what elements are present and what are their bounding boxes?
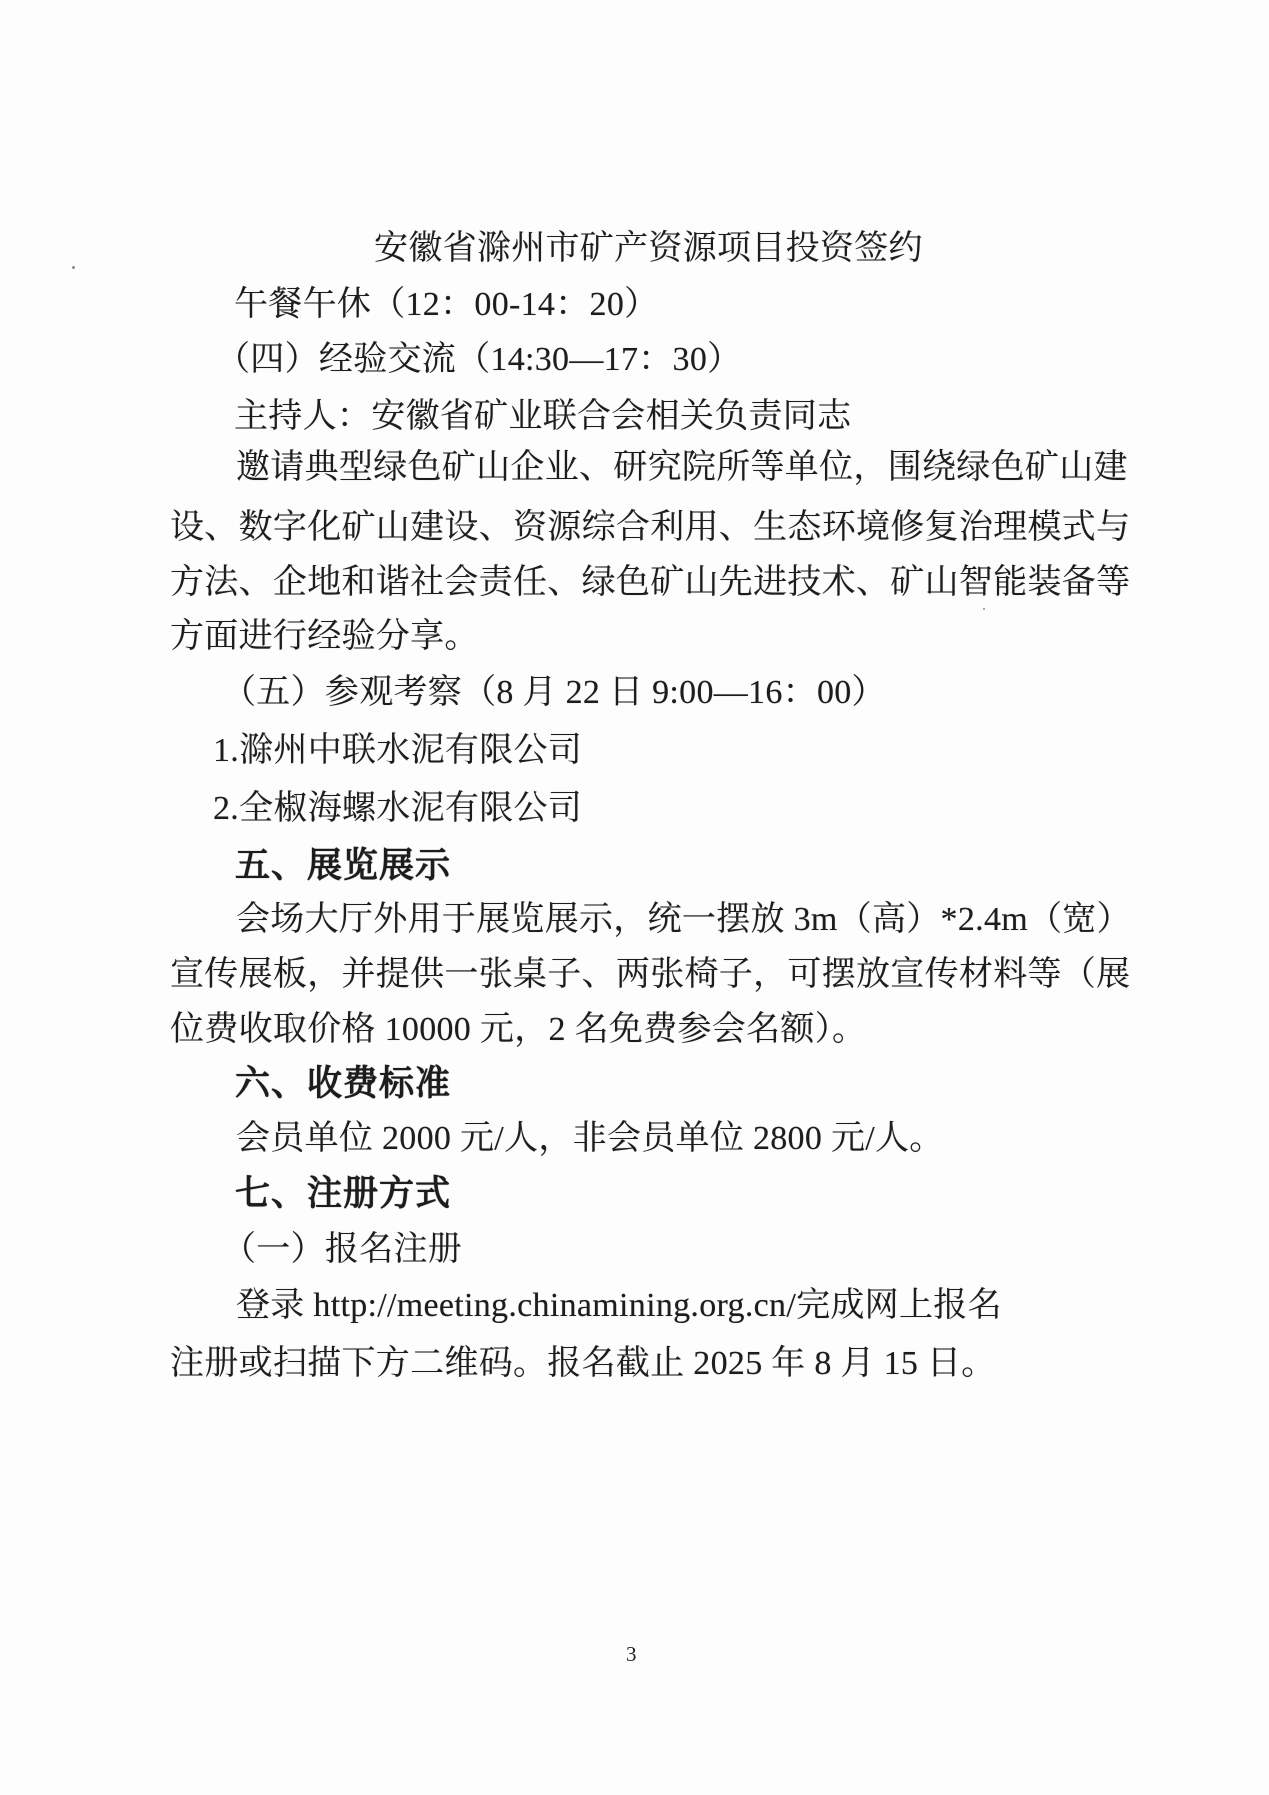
doc-line-section5-site-visit: （五）参观考察（8 月 22 日 9:00—16：00）	[222, 675, 886, 711]
scan-speck	[983, 608, 985, 610]
doc-line-list-item-2: 2.全椒海螺水泥有限公司	[213, 791, 582, 827]
doc-line-paragraph: 方法、企地和谐社会责任、绿色矿山先进技术、矿山智能装备等	[170, 565, 1130, 601]
document-page: 安徽省滁州市矿产资源项目投资签约 午餐午休（12：00-14：20） （四）经验…	[0, 0, 1269, 1795]
section-heading-exhibition: 五、展览展示	[235, 848, 451, 884]
scan-speck	[72, 266, 75, 269]
doc-title-line: 安徽省滁州市矿产资源项目投资签约	[374, 231, 923, 267]
doc-line-registration-url: 登录 http://meeting.chinamining.org.cn/完成网…	[236, 1288, 1002, 1324]
doc-line-paragraph: 设、数字化矿山建设、资源综合利用、生态环境修复治理模式与	[170, 510, 1130, 546]
doc-line-lunch-break: 午餐午休（12：00-14：20）	[234, 287, 658, 323]
doc-line-paragraph: 宣传展板，并提供一张桌子、两张椅子，可摆放宣传材料等（展	[170, 957, 1130, 993]
doc-line-paragraph: 位费收取价格 10000 元，2 名免费参会名额）。	[170, 1012, 866, 1048]
doc-line-list-item-1: 1.滁州中联水泥有限公司	[213, 733, 582, 769]
doc-line-host: 主持人：安徽省矿业联合会相关负责同志	[234, 399, 851, 435]
doc-line-section4-experience-exchange: （四）经验交流（14:30—17：30）	[216, 342, 741, 378]
doc-line-subsection-signup: （一）报名注册	[222, 1232, 462, 1268]
section-heading-registration: 七、注册方式	[235, 1176, 451, 1212]
doc-line-paragraph: 邀请典型绿色矿山企业、研究院所等单位，围绕绿色矿山建	[236, 450, 1128, 486]
doc-line-registration-deadline: 注册或扫描下方二维码。报名截止 2025 年 8 月 15 日。	[170, 1346, 996, 1382]
doc-line-fee-details: 会员单位 2000 元/人，非会员单位 2800 元/人。	[236, 1121, 944, 1157]
page-number: 3	[626, 1642, 637, 1666]
doc-line-paragraph: 会场大厅外用于展览展示，统一摆放 3m（高）*2.4m（宽）	[236, 902, 1131, 938]
section-heading-fees: 六、收费标准	[235, 1066, 451, 1102]
doc-line-paragraph: 方面进行经验分享。	[170, 619, 479, 655]
